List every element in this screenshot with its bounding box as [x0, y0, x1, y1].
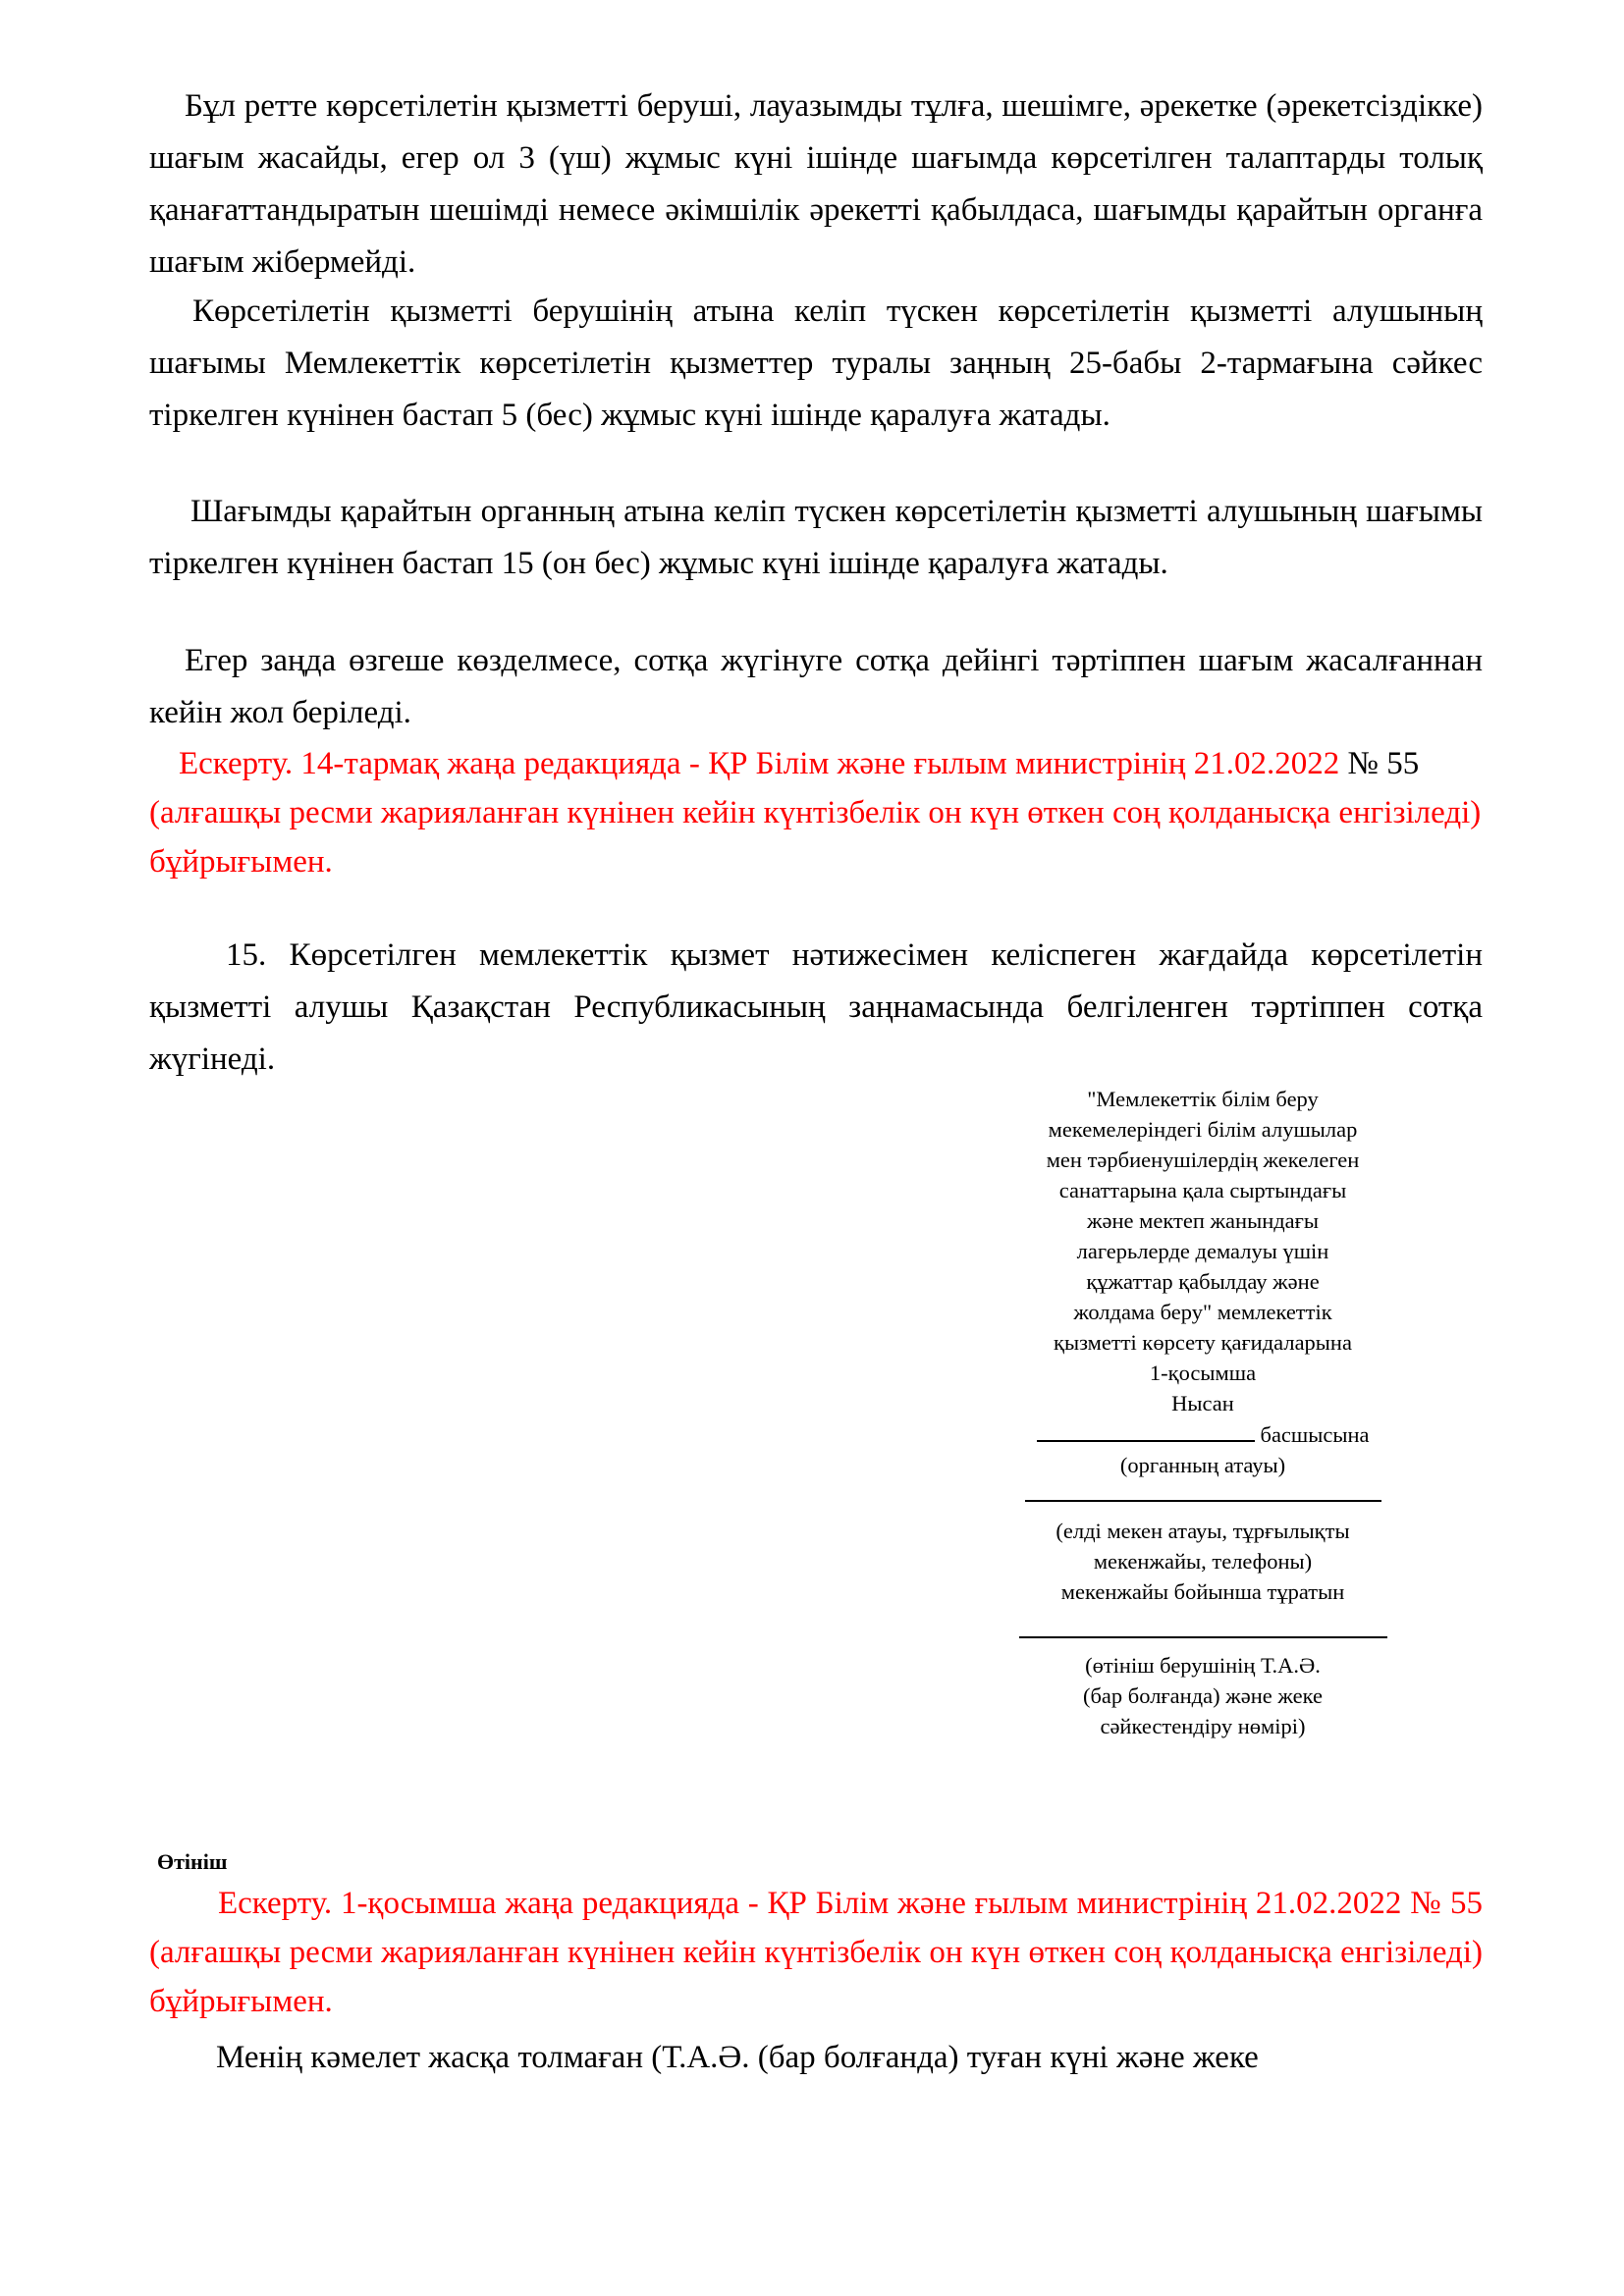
application-heading: Өтініш	[157, 1849, 227, 1875]
organ-name-blank[interactable]	[1037, 1418, 1255, 1442]
document-page: Бұл ретте көрсетілетін қызметті беруші, …	[0, 0, 1624, 2296]
applicant-caption: (бар болғанда) және жеке	[1001, 1681, 1404, 1711]
paragraph-complaint-no-forward: Бұл ретте көрсетілетін қызметті беруші, …	[149, 80, 1483, 289]
paragraph-15: 15. Көрсетілген мемлекеттік қызмет нәтиж…	[149, 930, 1483, 1086]
paragraph-provider-complaint-term: Көрсетілетін қызметті берушінің атына ке…	[149, 286, 1483, 442]
appendix-header-block: "Мемлекеттік білім беру мекемелеріндегі …	[1001, 1084, 1404, 1741]
note-text-part1: Ескерту. 14-тармақ жаңа редакцияда - ҚР …	[179, 746, 1348, 781]
appendix-line: құжаттар қабылдау және	[1001, 1266, 1404, 1297]
paragraph-text: 15. Көрсетілген мемлекеттік қызмет нәтиж…	[149, 930, 1483, 1086]
paragraph-text: Көрсетілетін қызметті берушінің атына ке…	[149, 286, 1483, 442]
appendix-line: лагерьлерде демалуы үшін	[1001, 1236, 1404, 1266]
appendix-line: қызметті көрсету қағидаларына	[1001, 1327, 1404, 1358]
form-label: Нысан	[1001, 1388, 1404, 1418]
appendix-line: мен тәрбиенушілердің жекелеген	[1001, 1145, 1404, 1175]
appendix-line: "Мемлекеттік білім беру	[1001, 1084, 1404, 1114]
address-blank[interactable]	[1025, 1500, 1381, 1502]
appendix-number: 1-қосымша	[1001, 1358, 1404, 1388]
amendment-note-appendix-1: Ескерту. 1-қосымша жаңа редакцияда - ҚР …	[149, 1879, 1483, 2026]
note-text: Ескерту. 1-қосымша жаңа редакцияда - ҚР …	[149, 1879, 1483, 2026]
appendix-line: мекемелеріндегі білім алушылар	[1001, 1114, 1404, 1145]
organ-caption: (органның атауы)	[1001, 1450, 1404, 1480]
amendment-note-14: Ескерту. 14-тармақ жаңа редакцияда - ҚР …	[149, 739, 1483, 886]
order-number: № 55	[1348, 746, 1420, 781]
paragraph-text: Егер заңда өзгеше көзделмесе, сотқа жүгі…	[149, 635, 1483, 739]
address-caption: мекенжайы бойынша тұратын	[1001, 1576, 1404, 1607]
paragraph-court-appeal: Егер заңда өзгеше көзделмесе, сотқа жүгі…	[149, 635, 1483, 739]
paragraph-text: Менің кәмелет жасқа толмаған (Т.А.Ә. (ба…	[149, 2032, 1483, 2084]
note-text-part2: (алғашқы ресми жарияланған күнінен кейін…	[149, 795, 1481, 880]
paragraph-text: Бұл ретте көрсетілетін қызметті беруші, …	[149, 80, 1483, 289]
paragraph-organ-complaint-term: Шағымды қарайтын органның атына келіп тү…	[149, 486, 1483, 590]
appendix-line: жолдама беру" мемлекеттік	[1001, 1297, 1404, 1327]
organ-head-field: басшысына	[1001, 1418, 1404, 1450]
appendix-line: санаттарына қала сыртындағы	[1001, 1175, 1404, 1205]
paragraph-text: Шағымды қарайтын органның атына келіп тү…	[149, 486, 1483, 590]
paragraph-application-body: Менің кәмелет жасқа толмаған (Т.А.Ә. (ба…	[149, 2032, 1483, 2084]
address-caption: мекенжайы, телефоны)	[1001, 1546, 1404, 1576]
appendix-line: және мектеп жанындағы	[1001, 1205, 1404, 1236]
address-caption: (елді мекен атауы, тұрғылықты	[1001, 1516, 1404, 1546]
head-suffix: басшысына	[1261, 1422, 1370, 1447]
applicant-name-blank[interactable]	[1019, 1636, 1387, 1638]
applicant-caption: (өтініш берушінің Т.А.Ә.	[1001, 1650, 1404, 1681]
applicant-caption: сәйкестендіру нөмірі)	[1001, 1711, 1404, 1741]
